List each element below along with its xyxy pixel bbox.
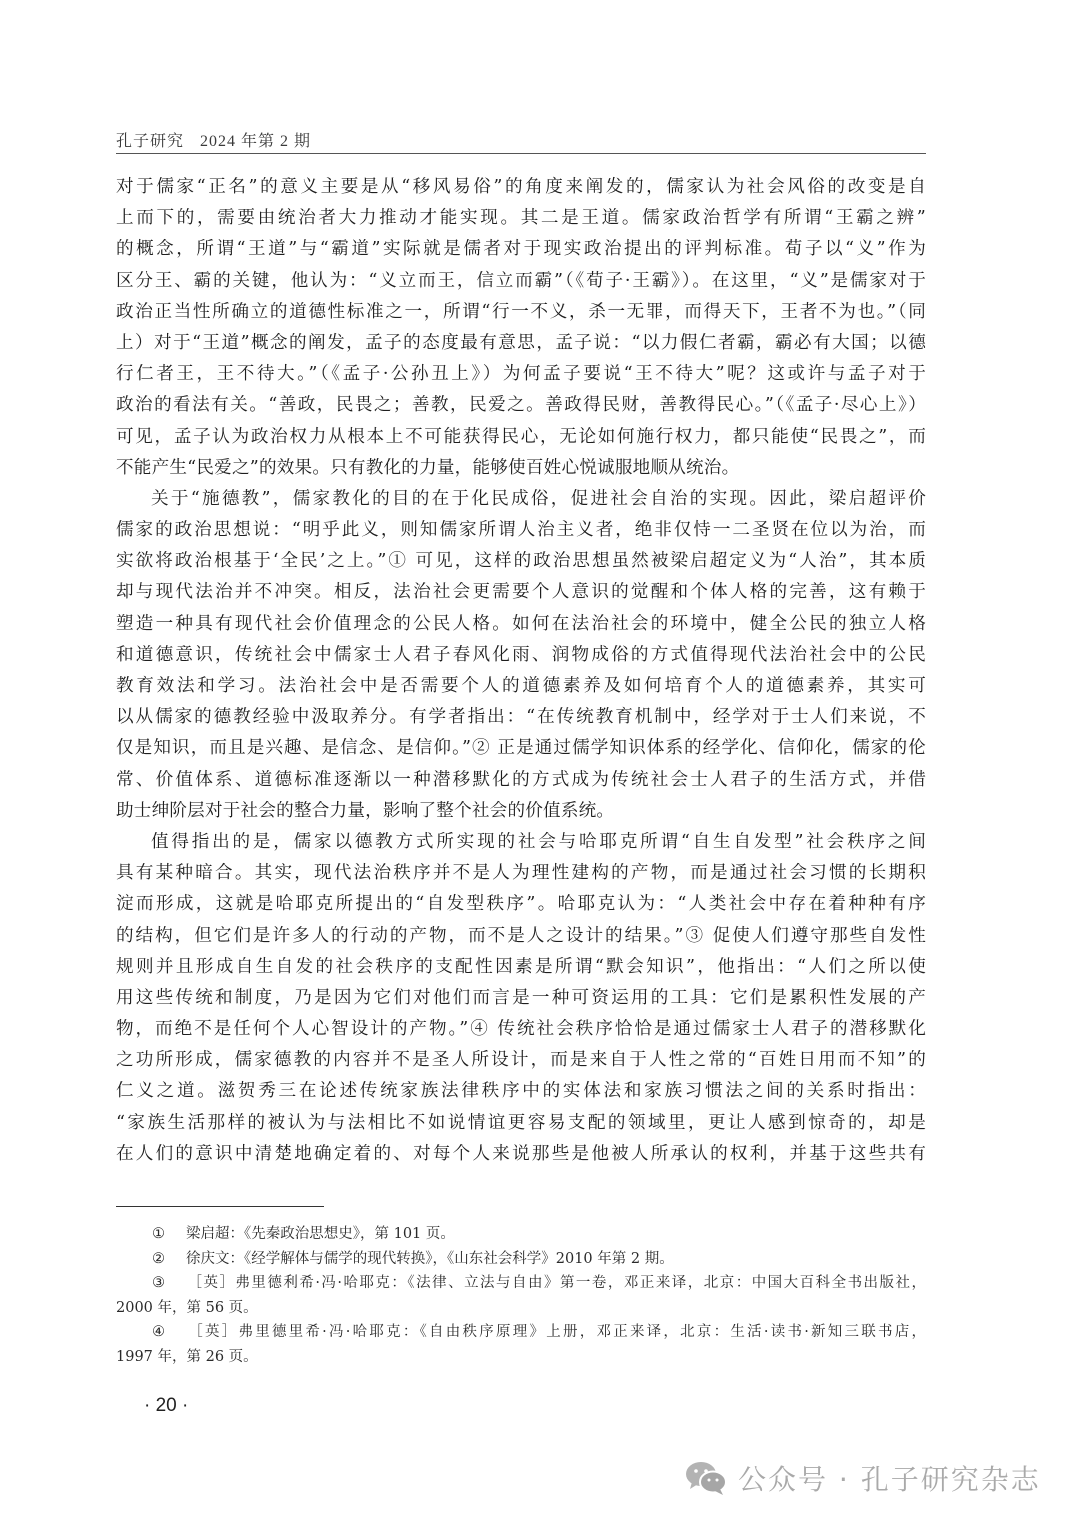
footnote-1: ①梁启超：《先秦政治思想史》，第 101 页。 xyxy=(116,1222,926,1247)
text-line: 区分王、霸的关键，他认为：“义立而王，信立而霸”（《荀子·王霸》）。在这里，“义… xyxy=(116,266,926,297)
watermark-text: 公众号 · 孔子研究杂志 xyxy=(738,1458,1041,1498)
text-line: 在人们的意识中清楚地确定着的、对每个人来说那些是他被人所承认的权利，并基于这些共… xyxy=(116,1139,926,1170)
text-line: 关于“施德教”，儒家教化的目的在于化民成俗，促进社会自治的实现。因此，梁启超评价 xyxy=(116,484,926,515)
header-rule xyxy=(116,153,926,154)
text-line: 值得指出的是，儒家以德教方式所实现的社会与哈耶克所谓“自生自发型”社会秩序之间 xyxy=(116,827,926,858)
text-line: 政治的看法有关。“善政，民畏之；善教，民爱之。善政得民财，善教得民心。”（《孟子… xyxy=(116,390,926,421)
footnote-marker: ③ xyxy=(152,1271,186,1296)
text-line: 上）对于“王道”概念的阐发，孟子的态度最有意思，孟子说：“以力假仁者霸，霸必有大… xyxy=(116,328,926,359)
text-line: 之功所形成，儒家德教的内容并不是圣人所设计，而是来自于人性之常的“百姓日用而不知… xyxy=(116,1045,926,1076)
text-line: 行仁者王，王不待大。”（《孟子·公孙丑上》）为何孟子要说“王不待大”呢？这或许与… xyxy=(116,359,926,390)
footnote-3: 2000 年，第 56 页。 xyxy=(116,1296,926,1321)
wechat-icon xyxy=(684,1460,728,1496)
text-line: 物，而绝不是任何个人心智设计的产物。”④ 传统社会秩序恰恰是通过儒家士人君子的潜… xyxy=(116,1014,926,1045)
text-line: 常、价值体系、道德标准逐渐以一种潜移默化的方式成为传统社会士人君子的生活方式，并… xyxy=(116,765,926,796)
footnote-text: 徐庆文：《经学解体与儒学的现代转换》，《山东社会科学》2010 年第 2 期。 xyxy=(186,1251,674,1267)
text-line: 淀而形成，这就是哈耶克所提出的“自发型秩序”。哈耶克认为：“人类社会中存在着种种… xyxy=(116,889,926,920)
footnote-marker: ④ xyxy=(152,1320,186,1345)
watermark: 公众号 · 孔子研究杂志 xyxy=(684,1458,1041,1498)
text-line: 不能产生“民爱之”的效果。只有教化的力量，能够使百姓心悦诚服地顺从统治。 xyxy=(116,453,926,484)
text-line: 仁义之道。滋贺秀三在论述传统家族法律秩序中的实体法和家族习惯法之间的关系时指出： xyxy=(116,1076,926,1107)
footnote-text: ［英］弗里德里希·冯·哈耶克：《自由秩序原理》上册，邓正来译，北京：生活·读书·… xyxy=(186,1324,926,1340)
text-line: 的结构，但它们是许多人的行动的产物，而不是人之设计的结果。”③ 促使人们遵守那些… xyxy=(116,921,926,952)
body-text: 对于儒家“正名”的意义主要是从“移风易俗”的角度来阐发的，儒家认为社会风俗的改变… xyxy=(116,172,926,1170)
text-line: 政治正当性所确立的道德性标准之一，所谓“行一不义，杀一无罪，而得天下，王者不为也… xyxy=(116,297,926,328)
footnote-3: ③［英］弗里德利希·冯·哈耶克：《法律、立法与自由》第一卷，邓正来译，北京：中国… xyxy=(116,1271,926,1296)
footnote-text: ［英］弗里德利希·冯·哈耶克：《法律、立法与自由》第一卷，邓正来译，北京：中国大… xyxy=(186,1275,926,1291)
page-number: · 20 · xyxy=(144,1395,188,1417)
text-line: 塑造一种具有现代社会价值理念的公民人格。如何在法治社会的环境中，健全公民的独立人… xyxy=(116,609,926,640)
text-line: 和道德意识，传统社会中儒家士人君子春风化雨、润物成俗的方式值得现代法治社会中的公… xyxy=(116,640,926,671)
text-line: 上而下的，需要由统治者大力推动才能实现。其二是王道。儒家政治哲学有所谓“王霸之辨… xyxy=(116,203,926,234)
text-line: 用这些传统和制度，乃是因为它们对他们而言是一种可资运用的工具：它们是累积性发展的… xyxy=(116,983,926,1014)
issue-label: 2024 年第 2 期 xyxy=(200,133,311,150)
text-line: 具有某种暗合。其实，现代法治秩序并不是人为理性建构的产物，而是通过社会习惯的长期… xyxy=(116,858,926,889)
text-line: 儒家的政治思想说：“明乎此义，则知儒家所谓人治主义者，绝非仅恃一二圣贤在位以为治… xyxy=(116,515,926,546)
footnote-4: ④［英］弗里德里希·冯·哈耶克：《自由秩序原理》上册，邓正来译，北京：生活·读书… xyxy=(116,1320,926,1345)
footnote-text: 梁启超：《先秦政治思想史》，第 101 页。 xyxy=(186,1226,455,1242)
footnote-marker: ② xyxy=(152,1247,186,1272)
text-line: 教育效法和学习。法治社会中是否需要个人的道德素养及如何培育个人的道德素养，其实可 xyxy=(116,671,926,702)
text-line: 可见，孟子认为政治权力从根本上不可能获得民心，无论如何施行权力，都只能使“民畏之… xyxy=(116,422,926,453)
running-head: 孔子研究2024 年第 2 期 xyxy=(116,128,926,154)
text-line: “家族生活那样的被认为与法相比不如说情谊更容易支配的领域里，更让人感到惊奇的，却… xyxy=(116,1108,926,1139)
text-line: 规则并且形成自生自发的社会秩序的支配性因素是所谓“默会知识”，他指出：“人们之所… xyxy=(116,952,926,983)
text-line: 以从儒家的德教经验中汲取养分。有学者指出：“在传统教育机制中，经学对于士人们来说… xyxy=(116,702,926,733)
text-line: 助士绅阶层对于社会的整合力量，影响了整个社会的价值系统。 xyxy=(116,796,926,827)
text-line: 实欲将政治根基于‘全民’之上。”① 可见，这样的政治思想虽然被梁启超定义为“人治… xyxy=(116,546,926,577)
footnote-4: 1997 年，第 26 页。 xyxy=(116,1345,926,1370)
footnotes: ①梁启超：《先秦政治思想史》，第 101 页。②徐庆文：《经学解体与儒学的现代转… xyxy=(116,1222,926,1369)
text-line: 的概念，所谓“王道”与“霸道”实际就是儒者对于现实政治提出的评判标准。荀子以“义… xyxy=(116,234,926,265)
footnote-2: ②徐庆文：《经学解体与儒学的现代转换》，《山东社会科学》2010 年第 2 期。 xyxy=(116,1247,926,1272)
journal-name: 孔子研究 xyxy=(116,133,184,150)
text-line: 对于儒家“正名”的意义主要是从“移风易俗”的角度来阐发的，儒家认为社会风俗的改变… xyxy=(116,172,926,203)
footnote-marker: ① xyxy=(152,1222,186,1247)
footnote-rule xyxy=(116,1206,324,1207)
text-line: 仅是知识，而且是兴趣、是信念、是信仰。”② 正是通过儒学知识体系的经学化、信仰化… xyxy=(116,733,926,764)
text-line: 却与现代法治并不冲突。相反，法治社会更需要个人意识的觉醒和个体人格的完善，这有赖… xyxy=(116,577,926,608)
